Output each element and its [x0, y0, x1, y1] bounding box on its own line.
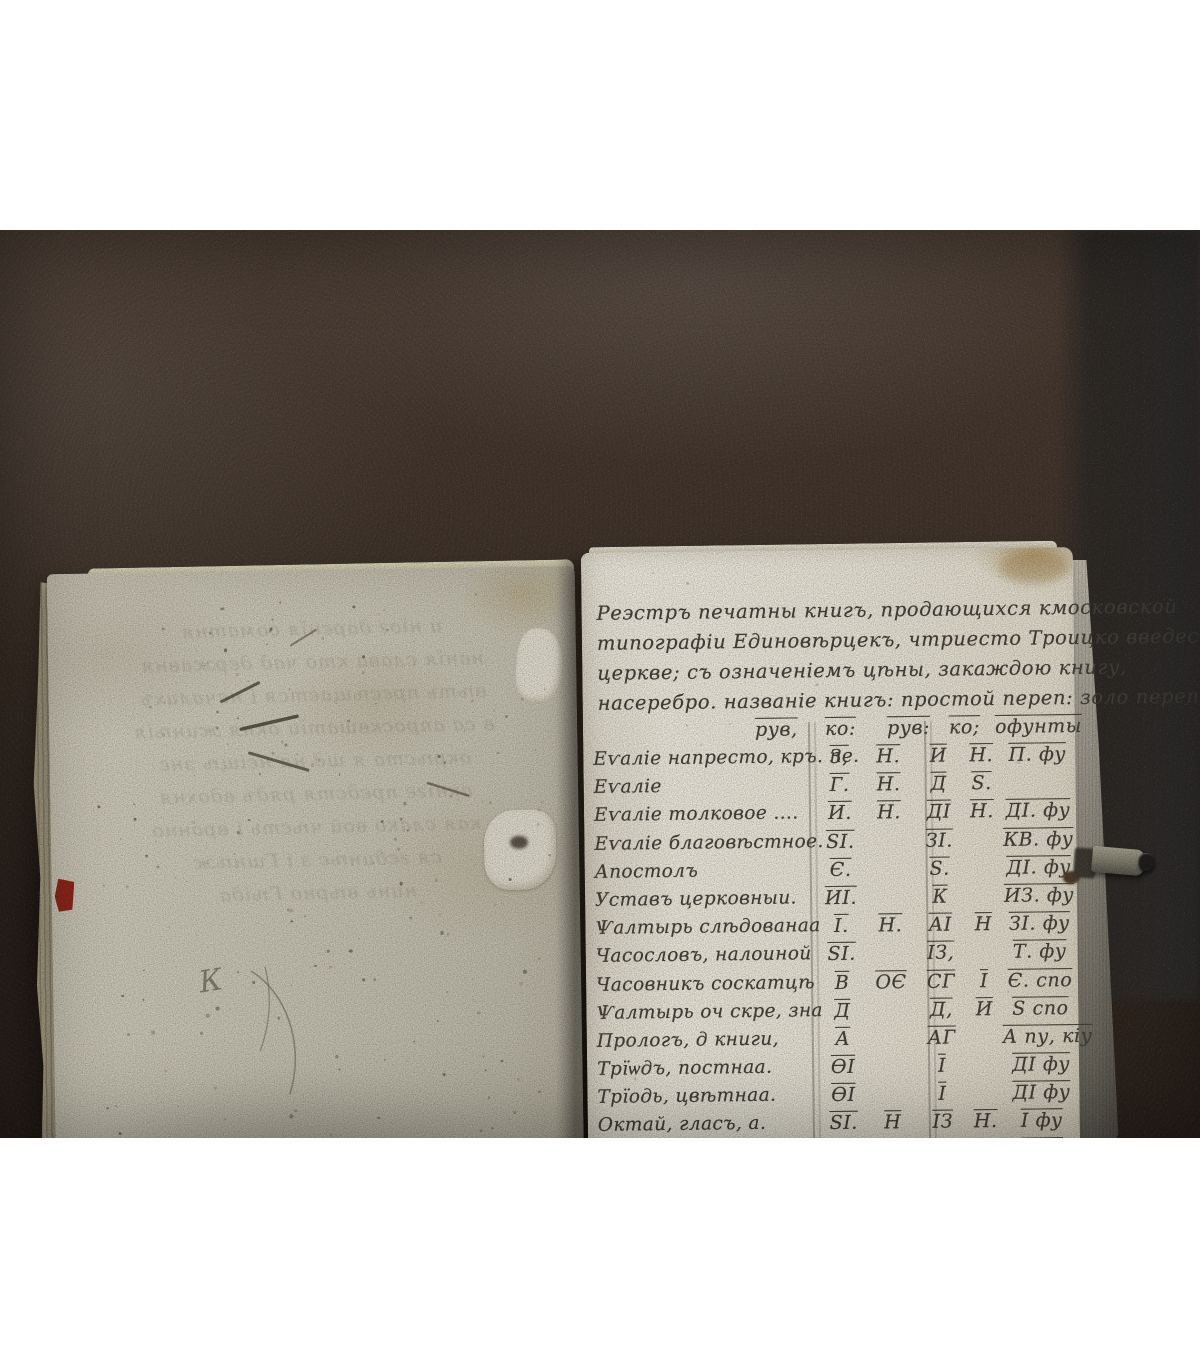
photograph: и нїог дарєнїя соматнянанїя слава кто ча…: [0, 230, 1200, 1138]
photo-frame: и нїог дарєнїя соматнянанїя слава кто ча…: [0, 0, 1200, 1372]
photo-vignette: [0, 230, 1200, 1138]
